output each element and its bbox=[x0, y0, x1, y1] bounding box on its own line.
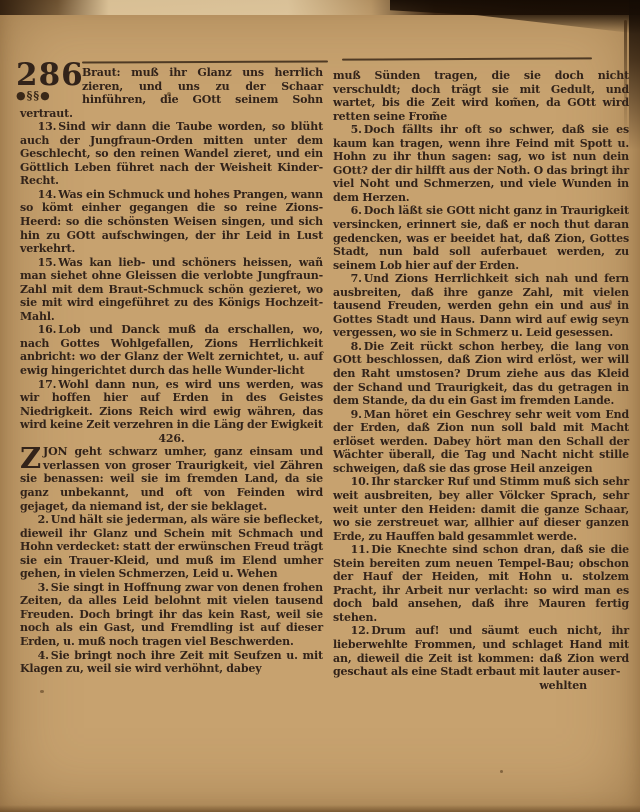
verse-number: 9. bbox=[351, 408, 364, 421]
verse-with-dropcap: ZJON geht schwarz umher, ganz einsam und… bbox=[20, 445, 323, 513]
verse-number: 2. bbox=[38, 513, 51, 526]
verse-text: Ihr starcker Ruf und Stimm muß sich sehr… bbox=[333, 475, 629, 542]
page-right-edge bbox=[629, 0, 640, 150]
verse: 14.Was ein Schmuck und hohes Prangen, wa… bbox=[20, 188, 323, 256]
header-rule-left bbox=[82, 60, 328, 63]
paper-speck bbox=[40, 690, 44, 693]
verse-number: 13. bbox=[38, 120, 59, 133]
verse-number: 5. bbox=[351, 123, 364, 136]
verse-text: Doch fällts ihr oft so schwer, daß sie e… bbox=[333, 123, 629, 204]
verse-number: 8. bbox=[351, 340, 364, 353]
verse-number: 10. bbox=[351, 475, 372, 488]
page-bottom-edge bbox=[0, 805, 640, 812]
verse-text: JON geht schwarz umher, ganz einsam und … bbox=[20, 445, 323, 512]
verse-text: Doch läßt sie GOtt nicht ganz in Traurig… bbox=[333, 204, 629, 271]
verse-text: Man höret ein Geschrey sehr weit vom End… bbox=[333, 408, 629, 475]
verse: 9.Man höret ein Geschrey sehr weit vom E… bbox=[333, 408, 629, 476]
verse: 13.Sind wir dann die Taube worden, so bl… bbox=[20, 120, 323, 188]
verse: 2.Und hält sie jederman, als wäre sie be… bbox=[20, 513, 323, 581]
header-rule-right bbox=[342, 57, 592, 60]
verse-text: Und Zions Herrlichkeit sich nah und fern… bbox=[333, 272, 629, 339]
verse: 17.Wohl dann nun, es wird uns werden, wa… bbox=[20, 378, 323, 432]
paper-speck bbox=[500, 770, 503, 773]
verse-number: 4. bbox=[38, 649, 51, 662]
verse-text: Sie singt in Hoffnung zwar von denen fro… bbox=[20, 581, 323, 648]
verse-text: Was ein Schmuck und hohes Prangen, wann … bbox=[20, 188, 323, 255]
verse-text: Drum auf! und säumt euch nicht, ihr lieb… bbox=[333, 624, 629, 678]
page-number-block: 286 ●§§● bbox=[16, 60, 78, 104]
verse-text: Sie bringt noch ihre Zeit mit Seufzen u.… bbox=[20, 649, 323, 676]
verse: 8.Die Zeit rückt schon herbey, die lang … bbox=[333, 340, 629, 408]
verse-text: Sind wir dann die Taube worden, so blüht… bbox=[20, 120, 323, 187]
page-number: 286 bbox=[16, 60, 78, 90]
verse: 6.Doch läßt sie GOtt nicht ganz in Traur… bbox=[333, 204, 629, 272]
left-column: 286 ●§§● Braut: muß ihr Glanz uns herrli… bbox=[20, 66, 323, 676]
right-column: muß Sünden tragen, die sie doch nicht ve… bbox=[333, 69, 629, 692]
verse-number: 14. bbox=[38, 188, 59, 201]
verse-text: Die Knechte sind schon dran, daß sie die… bbox=[333, 543, 629, 624]
verse-number: 6. bbox=[351, 204, 364, 217]
verse-number: 16. bbox=[38, 323, 59, 336]
continuation-paragraph: muß Sünden tragen, die sie doch nicht ve… bbox=[333, 69, 629, 123]
verse: 15.Was kan lieb- und schöners heissen, w… bbox=[20, 256, 323, 324]
verse: 10.Ihr starcker Ruf und Stimm muß sich s… bbox=[333, 475, 629, 543]
verse-text: Und hält sie jederman, als wäre sie befl… bbox=[20, 513, 323, 580]
verse-text: Die Zeit rückt schon herbey, die lang vo… bbox=[333, 340, 629, 407]
verse-number: 3. bbox=[38, 581, 51, 594]
verse-number: 17. bbox=[38, 378, 59, 391]
verse: 11.Die Knechte sind schon dran, daß sie … bbox=[333, 543, 629, 624]
verse-number: 7. bbox=[351, 272, 364, 285]
verse: 7.Und Zions Herrlichkeit sich nah und fe… bbox=[333, 272, 629, 340]
verse: 4.Sie bringt noch ihre Zeit mit Seufzen … bbox=[20, 649, 323, 676]
book-page: 286 ●§§● Braut: muß ihr Glanz uns herrli… bbox=[0, 0, 640, 812]
verse-number: 11. bbox=[351, 543, 372, 556]
verse-text: Lob und Danck muß da erschallen, wo, nac… bbox=[20, 323, 323, 377]
verse-text: Wohl dann nun, es wird uns werden, was w… bbox=[20, 378, 323, 432]
verse-text: Was kan lieb- und schöners heissen, wañ … bbox=[20, 256, 323, 323]
verse: 5.Doch fällts ihr oft so schwer, daß sie… bbox=[333, 123, 629, 204]
page-corner-shadow bbox=[390, 0, 640, 34]
hymn-number: 426. bbox=[20, 432, 323, 446]
verse-text: muß Sünden tragen, die sie doch nicht ve… bbox=[333, 69, 629, 123]
verse: 16.Lob und Danck muß da erschallen, wo, … bbox=[20, 323, 323, 377]
verse-number: 12. bbox=[351, 624, 372, 637]
verse: 12.Drum auf! und säumt euch nicht, ihr l… bbox=[333, 624, 629, 678]
catchword: wehlten bbox=[333, 679, 629, 693]
drop-cap: Z bbox=[20, 445, 43, 470]
verse: 3.Sie singt in Hoffnung zwar von denen f… bbox=[20, 581, 323, 649]
verse-number: 15. bbox=[38, 256, 59, 269]
